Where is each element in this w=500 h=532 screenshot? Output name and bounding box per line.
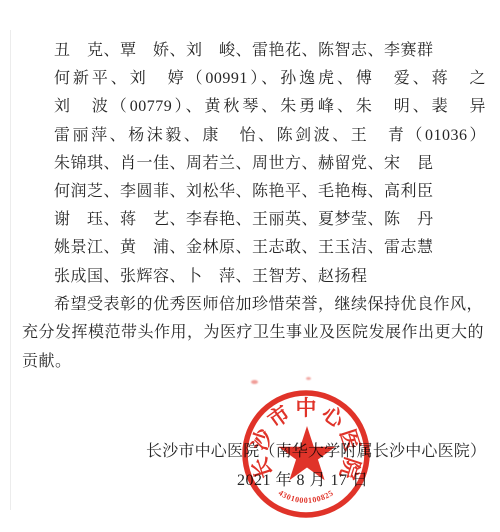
roster-line: 朱锦琪、肖一佳、周若兰、周世方、赫留党、宋 昆 [54, 150, 486, 178]
roster-line: 丑 克、覃 娇、刘 峻、雷艳花、陈智志、李赛群 [54, 37, 486, 65]
closing-paragraph: 希望受表彰的优秀医师倍加珍惜荣誉，继续保持优良作风， 充分发挥模范带头作用，为医… [22, 291, 492, 376]
document-page: 丑 克、覃 娇、刘 峻、雷艳花、陈智志、李赛群 何新平、刘 婷（00991）、孙… [0, 0, 500, 532]
seal-number: 4301000100825 [277, 488, 336, 505]
seal-char: 医 [335, 426, 364, 453]
roster-line: 刘 波（00779）、黄秋琴、朱勇峰、朱 明、裴 异 [54, 93, 486, 121]
paragraph-line: 贡献。 [22, 348, 492, 376]
seal-number-text: 4301000100825 [277, 488, 336, 505]
roster-line: 何润芝、李圆菲、刘松华、陈艳平、毛艳梅、高利臣 [54, 178, 486, 206]
star-icon [278, 426, 335, 480]
seal-char: 沙 [248, 425, 278, 453]
official-seal-icon: 长 沙 市 中 心 医 院 4301000100825 [236, 384, 376, 524]
roster-line: 何新平、刘 婷（00991）、孙逸虎、傅 爱、蒋 之 [54, 65, 486, 93]
roster-line: 谢 珏、蒋 艺、李春艳、王丽英、夏梦莹、陈 丹 [54, 206, 486, 234]
seal-char: 院 [335, 455, 364, 482]
seal-ink-speck [306, 377, 311, 380]
paragraph-line: 希望受表彰的优秀医师倍加珍惜荣誉，继续保持优良作风， [22, 291, 492, 319]
roster-line: 姚景江、黄 浦、金林原、王志敢、王玉洁、雷志慧 [54, 234, 486, 262]
paragraph-line: 充分发挥模范带头作用，为医疗卫生事业及医院发展作出更大的 [22, 319, 492, 347]
seal-char: 长 [248, 455, 277, 482]
scan-artifact-line [10, 30, 11, 510]
roster-line: 张成国、张辉容、卜 萍、王智芳、赵扬程 [54, 263, 486, 291]
roster-line: 雷丽萍、杨沫毅、康 怡、陈剑波、王 青（01036） [54, 122, 486, 150]
name-roster: 丑 克、覃 娇、刘 峻、雷艳花、陈智志、李赛群 何新平、刘 婷（00991）、孙… [54, 37, 486, 291]
seal-char: 中 [296, 396, 317, 420]
